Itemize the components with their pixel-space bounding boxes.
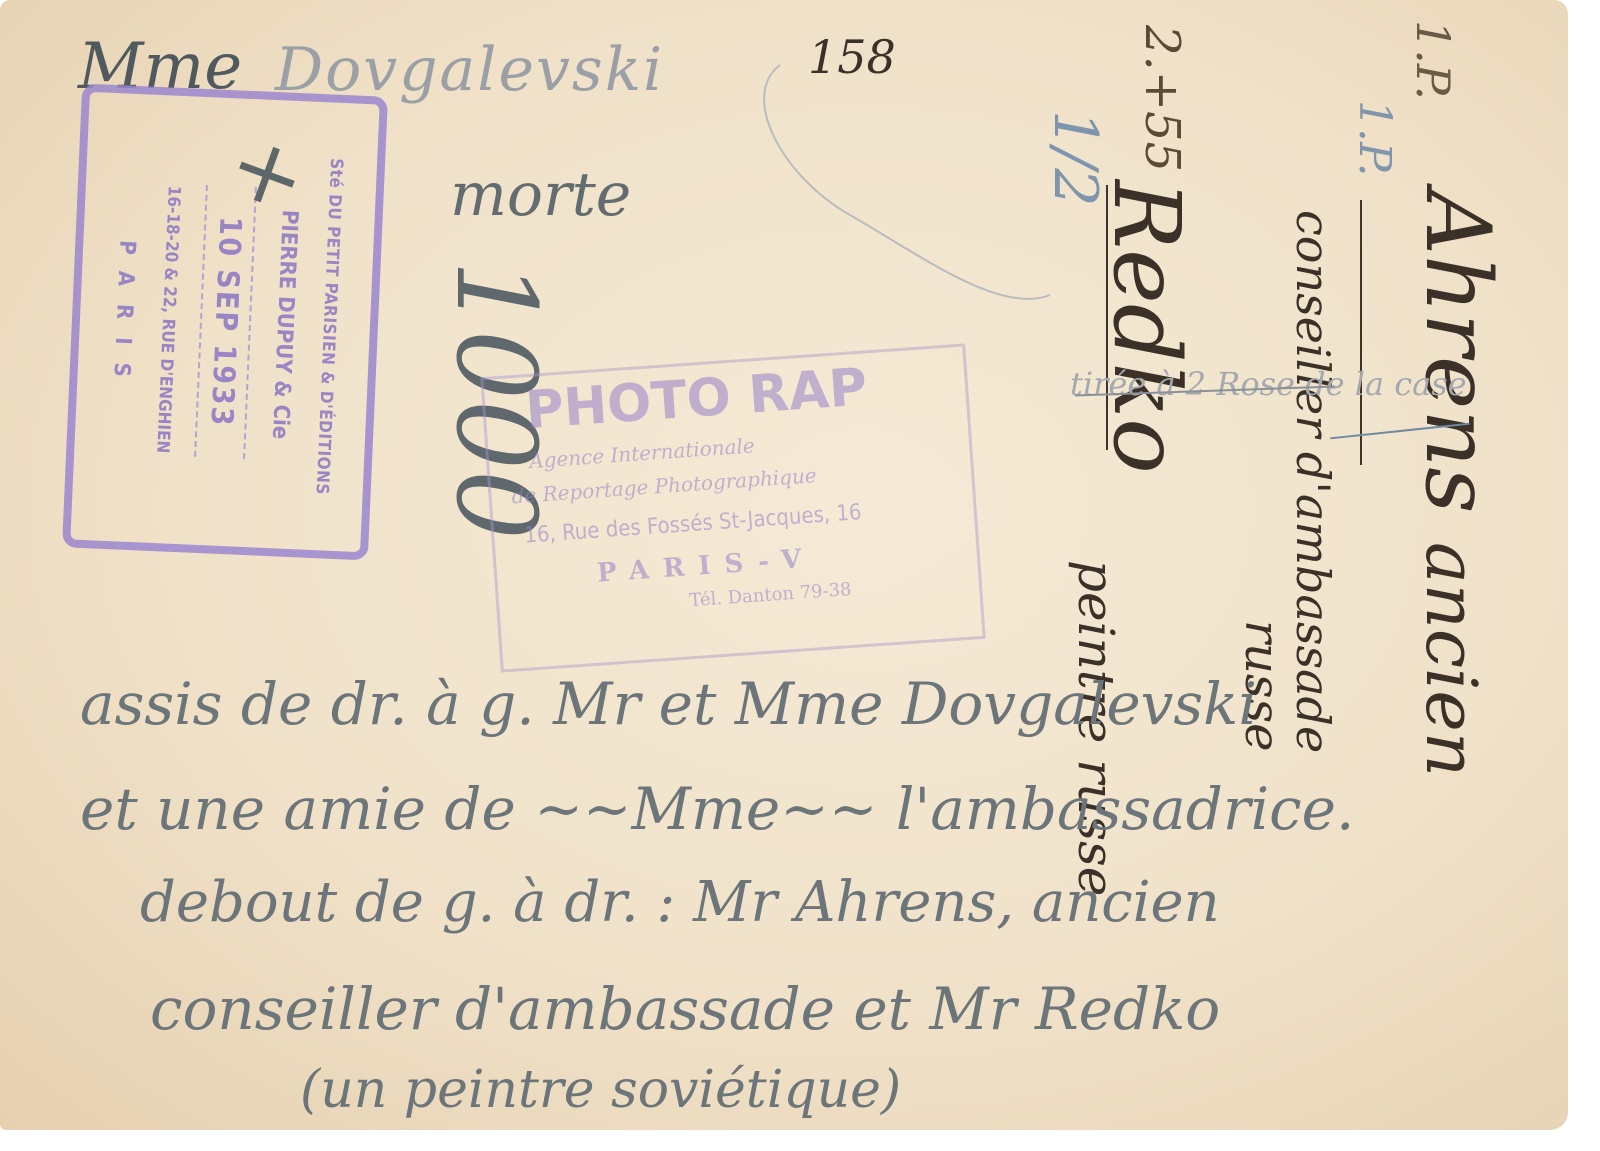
note-redko-top: 2.+55 — [1134, 25, 1190, 172]
stamp-rap-line-2: Agence Internationale — [528, 433, 755, 473]
note-ahrens-sub: ancien — [1410, 542, 1492, 777]
caption-line-3: debout de g. à dr. : Mr Ahrens, ancien — [140, 870, 1220, 935]
note-fraction: 1/2 — [1040, 110, 1110, 207]
stamp-petit-parisien: Sté DU PETIT PARISIEN & D'ÉDITIONS PIERR… — [62, 84, 388, 561]
stamp-line-1: Sté DU PETIT PARISIEN & D'ÉDITIONS — [312, 158, 347, 496]
note-conseiller-text: conseiller d'ambassade — [1286, 210, 1340, 753]
caption-line-1: assis de dr. à g. Mr et Mme Dovgalevski — [80, 670, 1257, 738]
caption-line-5: (un peintre soviétique) — [300, 1060, 901, 1120]
stamp-date: 10 SEP 1933 — [194, 185, 257, 458]
stamp-rap-phone: Tél. Danton 79-38 — [689, 579, 853, 611]
stamp-address: 16-18-20 & 22, RUE D'ENGHIEN — [152, 185, 184, 453]
divider-line-2 — [1360, 200, 1362, 465]
note-col-ahrens-top: 1.P. — [1406, 20, 1460, 100]
caption-line-2: et une amie de ~~Mme~~ l'ambassadrice. — [80, 775, 1354, 843]
pencil-curve — [740, 55, 1060, 335]
stamp-rap-title: PHOTO RAP — [524, 357, 869, 441]
note-col-ahrens-top-blue: 1.P. — [1349, 100, 1400, 177]
caption-line-4: conseiller d'ambassade et Mr Redko — [150, 975, 1220, 1043]
note-morte: morte — [450, 160, 631, 230]
stamp-rap-city: PARIS-V — [596, 543, 816, 588]
photo-verso: Mme Dovgalevski 158 Sté DU PETIT PARISIE… — [0, 0, 1568, 1130]
stamp-photo-rap: PHOTO RAP Agence Internationale de Repor… — [480, 343, 985, 672]
note-redko: Redko — [1093, 180, 1200, 474]
stamp-rap-address: 16, Rue des Fossés St-Jacques, 16 — [524, 500, 863, 549]
note-conseiller: conseiller d'ambassade — [1286, 210, 1340, 753]
stamp-city: PARIS — [108, 240, 140, 396]
crossed-note: tirée à 2 Rose de la case — [1070, 365, 1467, 403]
note-ahrens: Ahrens ancien — [1405, 190, 1510, 777]
note-ahrens-name: Ahrens — [1405, 190, 1510, 513]
stamp-line-2: PIERRE DUPUY & Cie — [267, 209, 302, 439]
